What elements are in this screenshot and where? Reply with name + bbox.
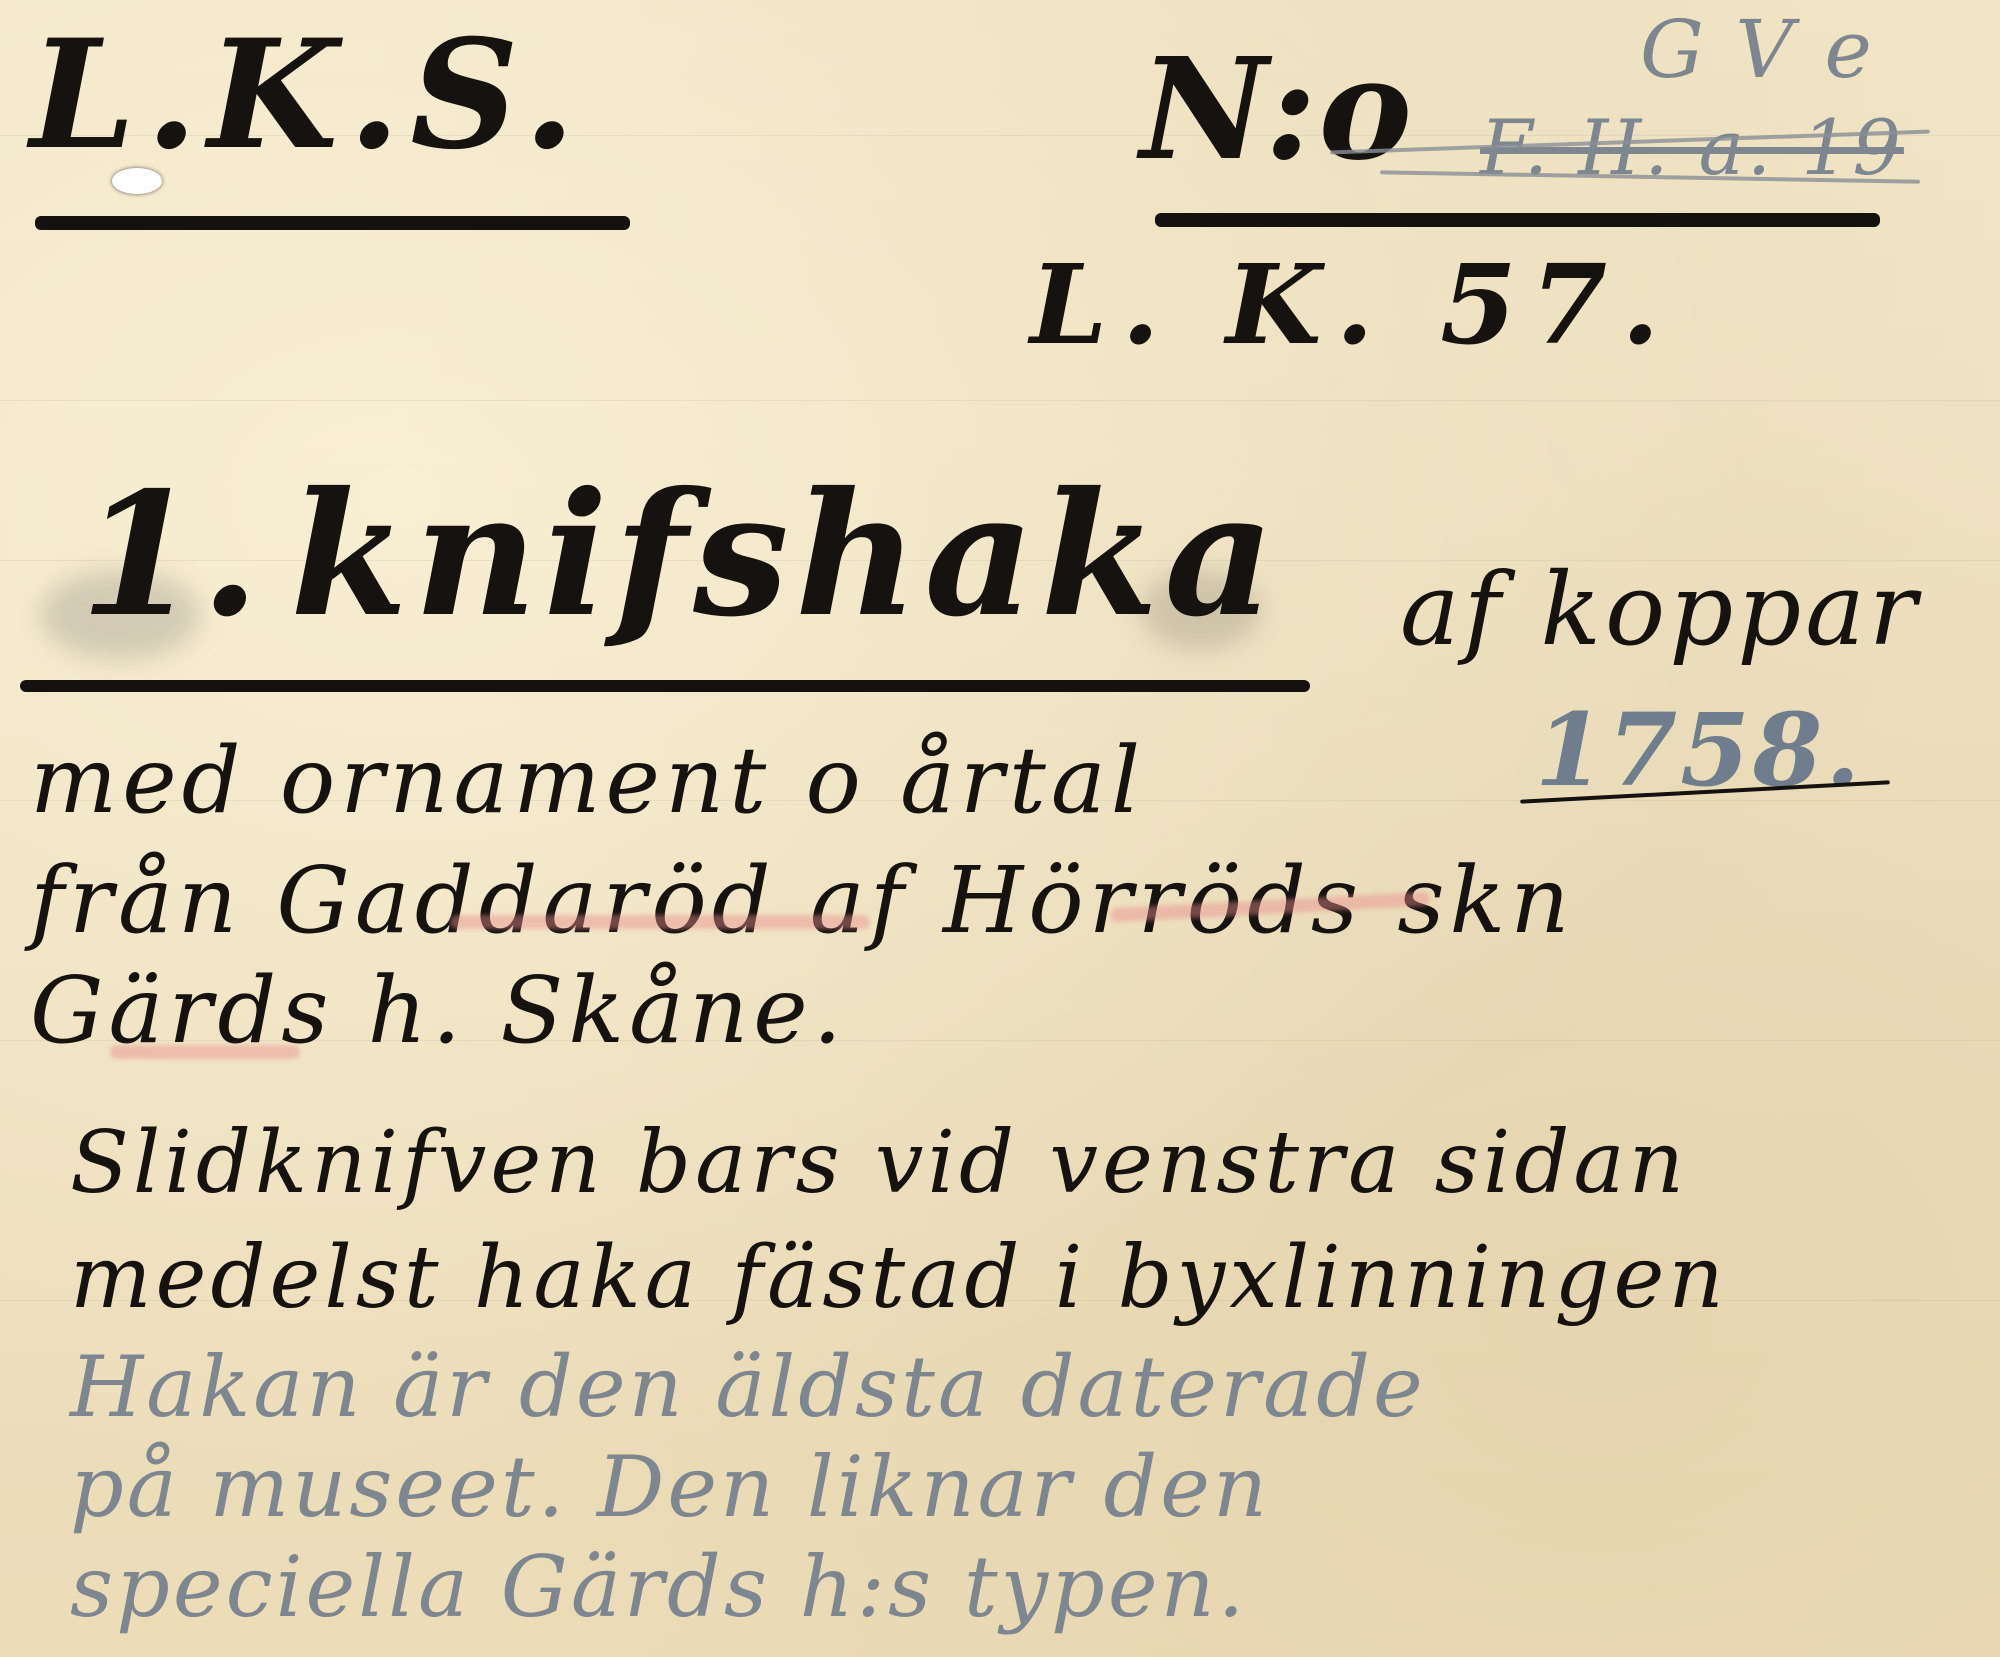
note-ink-line-2: medelst haka fästad i byxlinningen	[70, 1235, 1728, 1321]
card-rule	[0, 400, 2000, 401]
header-underline-right	[1155, 213, 1880, 227]
red-underline-gaddarod	[450, 915, 870, 929]
object-material: af koppar	[1400, 560, 1921, 660]
punch-hole	[112, 168, 162, 194]
note-pencil-line-1: Hakan är den äldsta daterade	[70, 1345, 1426, 1429]
note-pencil-line-2: på museet. Den liknar den	[70, 1445, 1270, 1529]
object-name: knifshaka	[290, 470, 1281, 640]
description-line-1: med ornament o årtal	[30, 735, 1145, 827]
description-line-3: Gärds h. Skåne.	[30, 965, 847, 1057]
ink-catalogue-number: L. K. 57.	[1030, 250, 1674, 360]
note-pencil-line-3: speciella Gärds h:s typen.	[70, 1545, 1247, 1629]
pencil-number-current: G V e	[1640, 10, 1875, 90]
collection-mark: L.K.S.	[30, 20, 585, 170]
catalogue-card: L.K.S. N:o G V e F. II. a. 19 L. K. 57. …	[0, 0, 2000, 1657]
title-underline	[20, 680, 1310, 692]
object-count: 1.	[80, 470, 261, 640]
note-ink-line-1: Slidknifven bars vid venstra sidan	[70, 1120, 1688, 1206]
red-underline-gards	[110, 1045, 300, 1059]
number-label: N:o	[1140, 40, 1414, 180]
header-underline-left	[35, 216, 630, 230]
